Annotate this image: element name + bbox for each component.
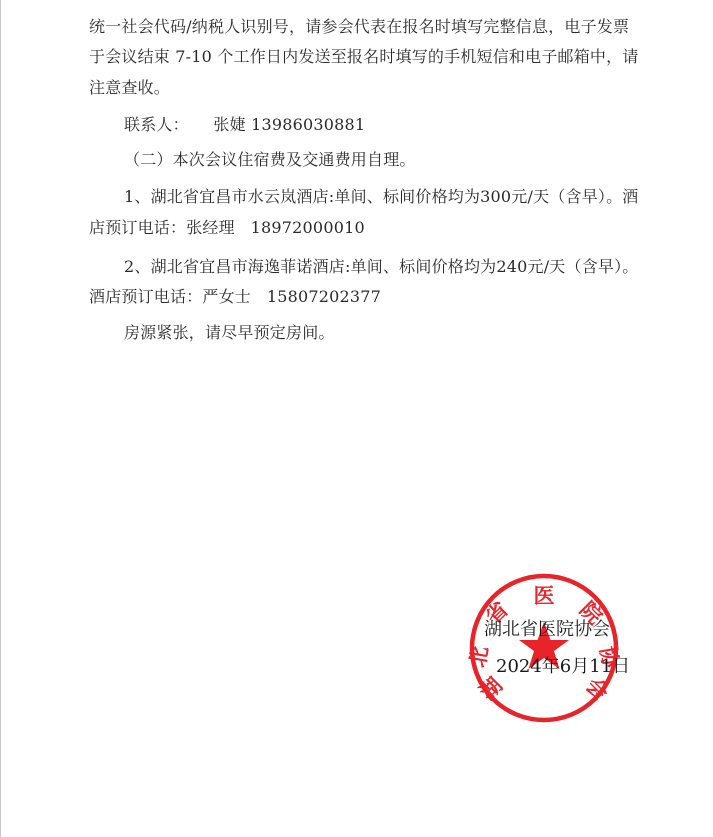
official-seal-icon: 湖 北 省 医 院 协 会 [466, 570, 622, 726]
paragraph-line: 注意查收。 [89, 78, 170, 98]
paragraph-line: 统一社会代码/纳税人识别号，请参会代表在报名时填写完整信息，电子发票 [89, 17, 629, 37]
hotel-1-line-1: 1、湖北省宜昌市水云岚酒店:单间、标间价格均为300元/天（含早）。酒 [124, 187, 639, 207]
contact-name: 张婕 [213, 115, 245, 134]
signature-date: 2024年6月11日 [496, 656, 630, 678]
note-line: 房源紧张，请尽早预定房间。 [124, 323, 335, 343]
seal-char: 北 [466, 644, 493, 669]
seal-char: 医 [534, 584, 555, 608]
contact-line: 联系人： 张婕 13986030881 [124, 115, 365, 135]
hotel-2-line-2: 酒店预订电话：严女士 15807202377 [89, 287, 381, 307]
hotel-1-line-2: 店预订电话：张经理 18972000010 [89, 218, 365, 238]
signature-organization: 湖北省医院协会 [484, 619, 610, 641]
paragraph-line: 于会议结束 7-10 个工作日内发送至报名时填写的手机短信和电子邮箱中，请 [89, 47, 639, 67]
hotel-2-line-1: 2、湖北省宜昌市海逸菲诺酒店:单间、标间价格均为240元/天（含早）。 [124, 257, 639, 277]
contact-label: 联系人： [124, 115, 189, 134]
page-left-border [0, 0, 1, 837]
contact-phone: 13986030881 [251, 115, 365, 134]
section-heading: （二）本次会议住宿费及交通费用自理。 [124, 150, 416, 170]
